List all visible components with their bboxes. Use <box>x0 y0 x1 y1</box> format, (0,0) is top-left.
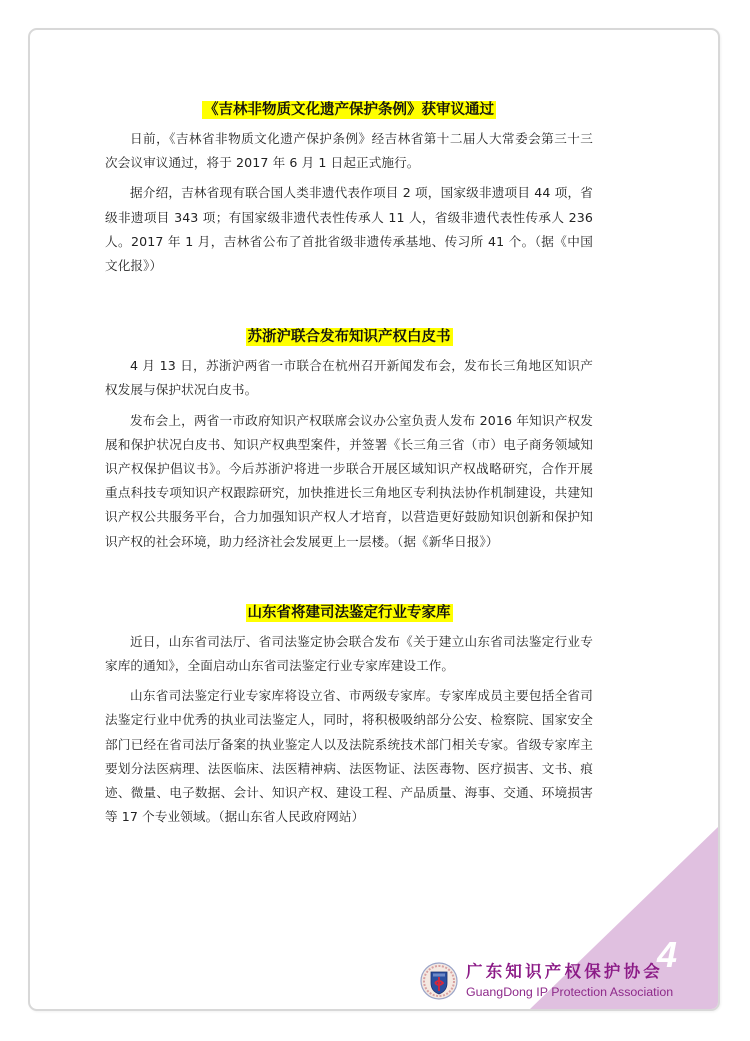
page-number: 4 <box>657 934 677 976</box>
article-paragraph: 近日，山东省司法厅、省司法鉴定协会联合发布《关于建立山东省司法鉴定行业专家库的通… <box>105 630 593 678</box>
association-name-cn: 广东知识产权保护协会 <box>466 962 673 982</box>
article-paragraph: 山东省司法鉴定行业专家库将设立省、市两级专家库。专家库成员主要包括全省司法鉴定行… <box>105 684 593 829</box>
article-paragraph: 发布会上，两省一市政府知识产权联席会议办公室负责人发布 2016 年知识产权发展… <box>105 409 593 554</box>
association-name-en: GuangDong IP Protection Association <box>466 984 673 1000</box>
article-shandong: 山东省将建司法鉴定行业专家库 近日，山东省司法厅、省司法鉴定协会联合发布《关于建… <box>105 598 593 830</box>
article-paragraph: 4 月 13 日，苏浙沪两省一市联合在杭州召开新闻发布会，发布长三角地区知识产权… <box>105 354 593 402</box>
article-title: 《吉林非物质文化遗产保护条例》获审议通过 <box>105 95 593 121</box>
article-title: 山东省将建司法鉴定行业专家库 <box>105 598 593 624</box>
article-title: 苏浙沪联合发布知识产权白皮书 <box>105 322 593 348</box>
article-yangtze-delta: 苏浙沪联合发布知识产权白皮书 4 月 13 日，苏浙沪两省一市联合在杭州召开新闻… <box>105 322 593 554</box>
article-title-text: 《吉林非物质文化遗产保护条例》获审议通过 <box>202 101 496 119</box>
association-emblem-icon <box>420 962 458 1000</box>
article-jilin: 《吉林非物质文化遗产保护条例》获审议通过 日前，《吉林省非物质文化遗产保护条例》… <box>105 95 593 278</box>
page-content: 《吉林非物质文化遗产保护条例》获审议通过 日前，《吉林省非物质文化遗产保护条例》… <box>105 95 593 835</box>
article-title-text: 苏浙沪联合发布知识产权白皮书 <box>246 328 453 346</box>
article-paragraph: 据介绍，吉林省现有联合国人类非遗代表作项目 2 项，国家级非遗项目 44 项，省… <box>105 181 593 278</box>
association-name: 广东知识产权保护协会 GuangDong IP Protection Assoc… <box>466 962 673 1000</box>
article-title-text: 山东省将建司法鉴定行业专家库 <box>246 604 453 622</box>
article-paragraph: 日前，《吉林省非物质文化遗产保护条例》经吉林省第十二届人大常委会第三十三次会议审… <box>105 127 593 175</box>
